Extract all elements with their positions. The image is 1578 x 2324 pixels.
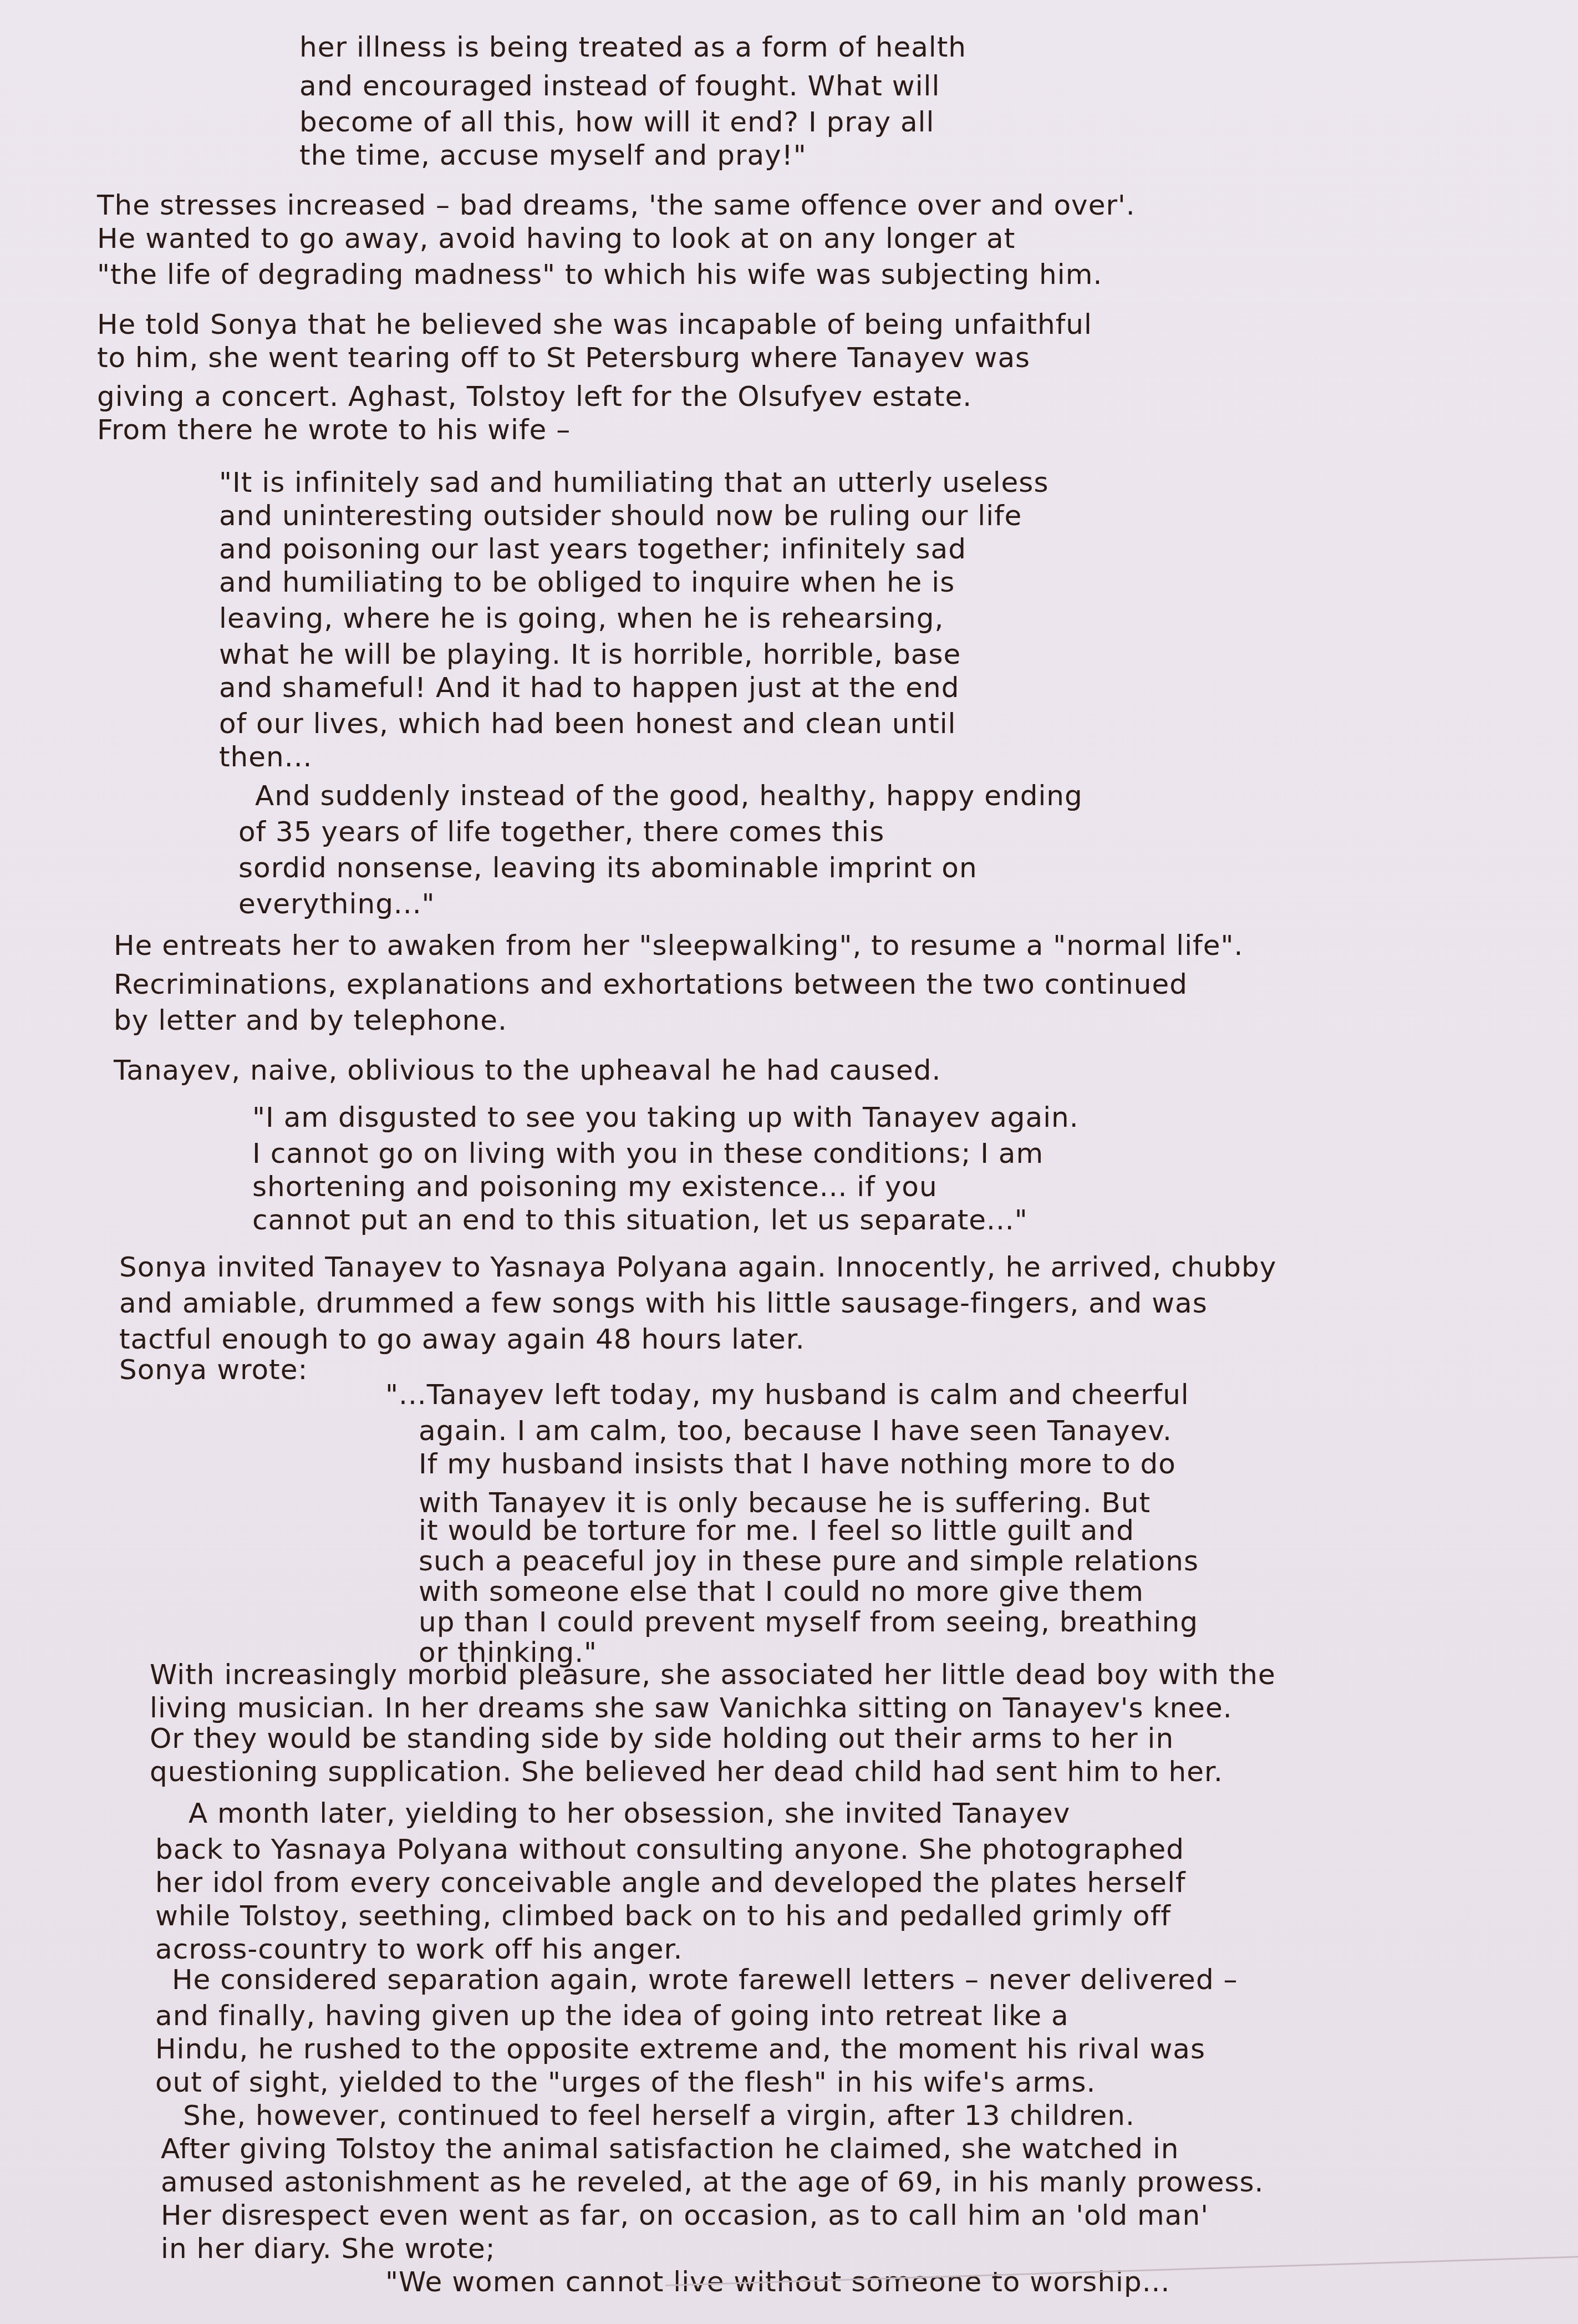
manuscript-line: to him, she went tearing off to St Peter…	[97, 344, 1030, 372]
manuscript-line: while Tolstoy, seething, climbed back on…	[155, 1902, 1171, 1930]
manuscript-line: If my husband insists that I have nothin…	[419, 1450, 1176, 1478]
manuscript-line: out of sight, yielded to the "urges of t…	[155, 2068, 1096, 2096]
manuscript-line: the time, accuse myself and pray!"	[299, 141, 807, 169]
manuscript-line: He told Sonya that he believed she was i…	[97, 311, 1092, 338]
manuscript-line: sordid nonsense, leaving its abominable …	[238, 854, 978, 882]
manuscript-line: by letter and by telephone.	[114, 1006, 507, 1034]
manuscript-line: and humiliating to be obliged to inquire…	[219, 568, 955, 596]
manuscript-line: and poisoning our last years together; i…	[219, 535, 966, 563]
manuscript-line: He considered separation again, wrote fa…	[172, 1966, 1238, 1994]
manuscript-line: shortening and poisoning my existence...…	[252, 1173, 938, 1201]
manuscript-line: her illness is being treated as a form o…	[299, 33, 966, 61]
manuscript-line: I cannot go on living with you in these …	[252, 1140, 1043, 1167]
manuscript-line: With increasingly morbid pleasure, she a…	[150, 1661, 1276, 1689]
manuscript-line: "...Tanayev left today, my husband is ca…	[385, 1381, 1189, 1408]
manuscript-line: He wanted to go away, avoid having to lo…	[97, 225, 1015, 252]
manuscript-line: giving a concert. Aghast, Tolstoy left f…	[97, 383, 972, 410]
manuscript-line: and uninteresting outsider should now be…	[219, 502, 1022, 530]
manuscript-line: From there he wrote to his wife –	[97, 416, 571, 444]
manuscript-line: everything..."	[238, 890, 435, 918]
manuscript-line: her idol from every conceivable angle an…	[155, 1869, 1186, 1896]
manuscript-line: in her diary. She wrote;	[161, 2235, 496, 2262]
manuscript-line: up than I could prevent myself from seei…	[419, 1608, 1198, 1636]
manuscript-line: questioning supplication. She believed h…	[150, 1758, 1223, 1786]
manuscript-line: cannot put an end to this situation, let…	[252, 1206, 1028, 1234]
manuscript-line: A month later, yielding to her obsession…	[189, 1799, 1070, 1827]
manuscript-line: it would be torture for me. I feel so li…	[419, 1517, 1134, 1544]
manuscript-line: then...	[219, 743, 312, 771]
manuscript-line: back to Yasnaya Polyana without consulti…	[155, 1835, 1184, 1863]
manuscript-line: The stresses increased – bad dreams, 'th…	[97, 191, 1136, 219]
manuscript-line: She, however, continued to feel herself …	[183, 2102, 1135, 2129]
manuscript-line: living musician. In her dreams she saw V…	[150, 1694, 1233, 1722]
manuscript-line: And suddenly instead of the good, health…	[255, 782, 1083, 810]
manuscript-line: tactful enough to go away again 48 hours…	[119, 1325, 805, 1353]
manuscript-line: amused astonishment as he reveled, at th…	[161, 2168, 1264, 2196]
manuscript-page: her illness is being treated as a form o…	[0, 0, 1578, 2324]
manuscript-line: with someone else that I could no more g…	[419, 1578, 1144, 1605]
manuscript-line: with Tanayev it is only because he is su…	[419, 1489, 1151, 1517]
manuscript-line: across-country to work off his anger.	[155, 1935, 683, 1963]
manuscript-line: Tanayev, naive, oblivious to the upheava…	[114, 1056, 941, 1084]
manuscript-line: "the life of degrading madness" to which…	[97, 261, 1102, 288]
manuscript-line: and finally, having given up the idea of…	[155, 2002, 1069, 2030]
manuscript-line: such a peaceful joy in these pure and si…	[419, 1547, 1199, 1575]
manuscript-line: and shameful! And it had to happen just …	[219, 674, 959, 701]
manuscript-line: leaving, where he is going, when he is r…	[219, 604, 944, 632]
manuscript-line: After giving Tolstoy the animal satisfac…	[161, 2135, 1179, 2163]
manuscript-line: Recriminations, explanations and exhorta…	[114, 970, 1188, 998]
manuscript-line: of 35 years of life together, there come…	[238, 818, 884, 846]
manuscript-line: become of all this, how will it end? I p…	[299, 108, 934, 136]
manuscript-line: Sonya invited Tanayev to Yasnaya Polyana…	[119, 1253, 1276, 1281]
manuscript-line: again. I am calm, too, because I have se…	[419, 1417, 1172, 1445]
manuscript-line: Hindu, he rushed to the opposite extreme…	[155, 2035, 1205, 2063]
manuscript-line: Or they would be standing side by side h…	[150, 1725, 1174, 1752]
manuscript-line: He entreats her to awaken from her "slee…	[114, 932, 1243, 959]
manuscript-line: and amiable, drummed a few songs with hi…	[119, 1289, 1208, 1317]
manuscript-line: Her disrespect even went as far, on occa…	[161, 2201, 1209, 2229]
manuscript-line: "It is infinitely sad and humiliating th…	[219, 469, 1048, 496]
manuscript-line: what he will be playing. It is horrible,…	[219, 640, 961, 668]
manuscript-line: "I am disgusted to see you taking up wit…	[252, 1103, 1079, 1131]
manuscript-line: Sonya wrote:	[119, 1356, 308, 1384]
manuscript-line: and encouraged instead of fought. What w…	[299, 72, 940, 100]
manuscript-line: of our lives, which had been honest and …	[219, 710, 956, 738]
